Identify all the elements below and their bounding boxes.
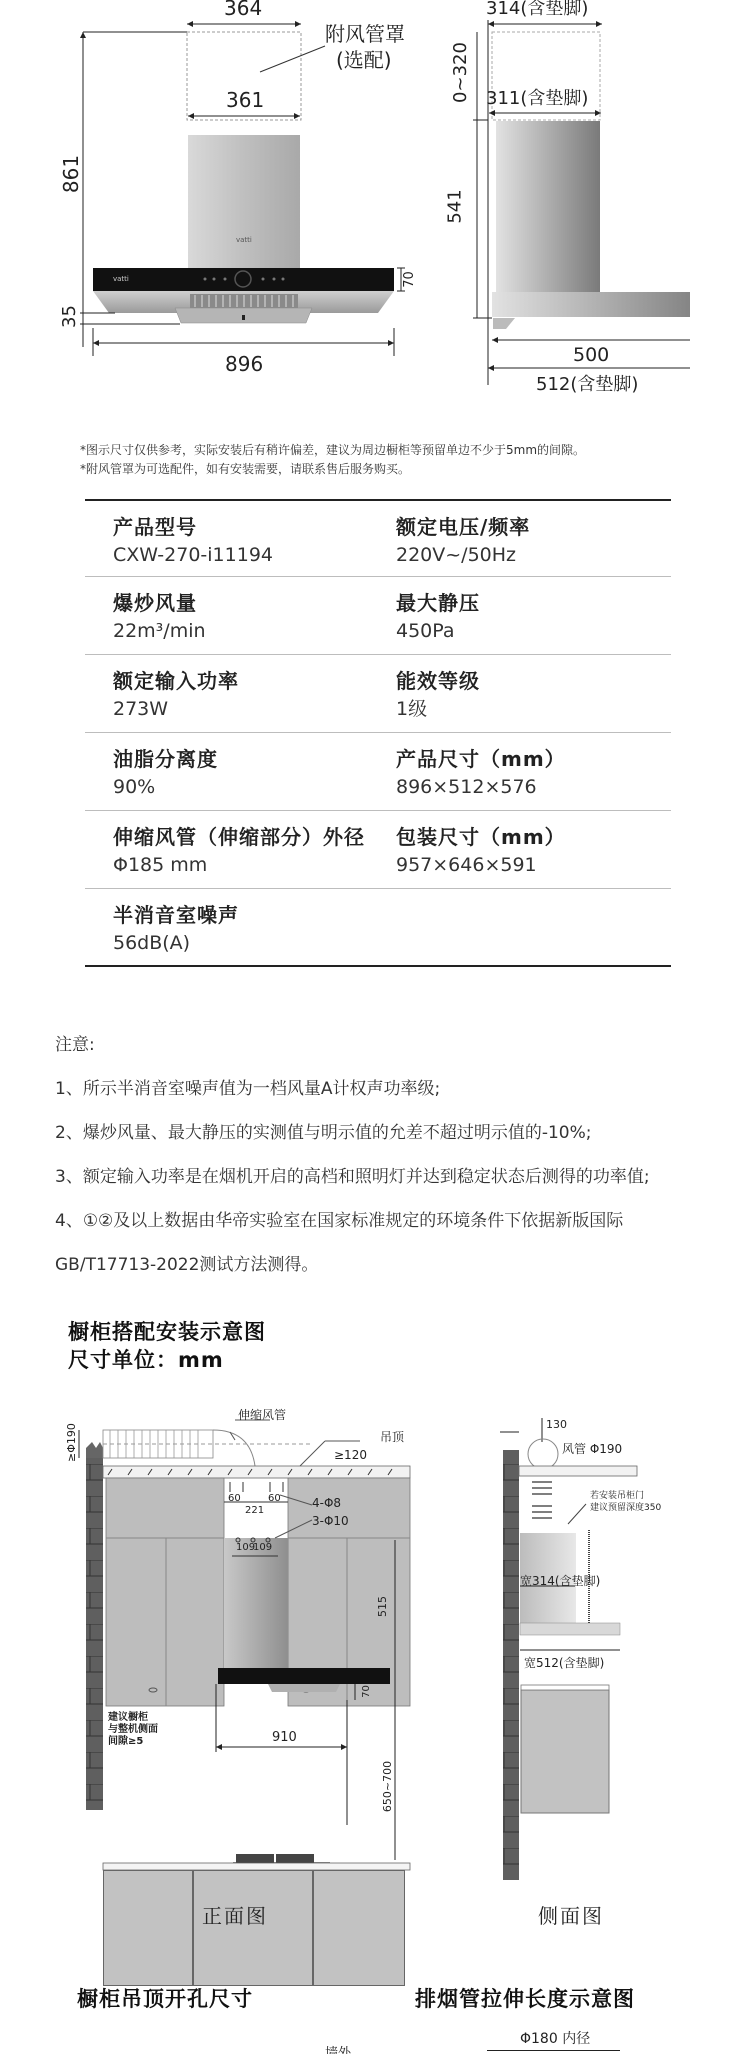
hole-span-label: 221 — [245, 1505, 264, 1516]
brand-logo-chimney: vatti — [236, 236, 252, 244]
spec-value: 90% — [113, 773, 388, 801]
side-chimney-width-label: 311(含垫脚) — [486, 84, 588, 110]
hole-spacing-a: 60 — [228, 1493, 241, 1504]
spec-cell: 包装尺寸（mm） 957×646×591 — [388, 811, 671, 888]
spec-cell: 额定输入功率 273W — [85, 655, 388, 732]
unit-label: 尺寸单位：mm — [68, 1346, 266, 1374]
duct-label: 风管 Φ190 — [562, 1440, 622, 1457]
side-top-width-label: 314(含垫脚) — [486, 0, 588, 20]
panel-gap-label: 70 — [361, 1685, 372, 1698]
side-install-lines — [480, 1400, 670, 1885]
install-section-title: 橱柜搭配安装示意图 — [68, 1318, 266, 1346]
spec-row: 爆炒风量 22m³/min 最大静压 450Pa — [85, 577, 671, 655]
body-height-label: 541 — [445, 189, 466, 223]
wall-offset-label: 130 — [546, 1418, 567, 1431]
spec-cell: 产品型号 CXW-270-i11194 — [85, 501, 388, 576]
spec-value: 1级 — [396, 695, 671, 723]
width-314-label: 宽314(含垫脚) — [520, 1572, 600, 1589]
inner-diameter-label: Φ180 内径 — [520, 2028, 590, 2048]
cabinet-width-label: 910 — [272, 1730, 297, 1745]
spec-label: 油脂分离度 — [113, 745, 388, 773]
spec-value: 220V~/50Hz — [396, 541, 671, 569]
holes-10-label: 3-Φ10 — [312, 1514, 349, 1528]
duct-cover-label-line1: 附风管罩 — [325, 18, 405, 47]
bottom-offset-label: 35 — [59, 305, 80, 328]
spec-cell: 最大静压 450Pa — [388, 577, 671, 654]
spec-cell: 爆炒风量 22m³/min — [85, 577, 388, 654]
front-install-diagram: ≥Φ190 伸缩风管 吊顶 ≥120 60 60 221 4-Φ8 3-Φ10 … — [50, 1400, 430, 1880]
front-install-lines — [50, 1400, 430, 1880]
spec-value: 957×646×591 — [396, 851, 671, 879]
adjust-range-label: 0~320 — [450, 42, 471, 103]
spec-label: 额定电压/频率 — [396, 513, 671, 541]
side-dimension-diagram: 314(含垫脚) 0~320 311(含垫脚) 541 500 512(含垫脚) — [440, 0, 690, 400]
cabinet-height-label: 515 — [376, 1596, 389, 1617]
spec-cell: 油脂分离度 90% — [85, 733, 388, 810]
side-install-diagram: 130 风管 Φ190 若安装吊柜门 建议预留深度350 宽314(含垫脚) 宽… — [480, 1400, 670, 1885]
partial-wall-label: 墙外 — [325, 2042, 351, 2054]
width-512-label: 宽512(含垫脚) — [524, 1654, 604, 1671]
spec-cell: 产品尺寸（mm） 896×512×576 — [388, 733, 671, 810]
note-item: 4、①②及以上数据由华帝实验室在国家标准规定的环境条件下依据新版国际 — [55, 1206, 745, 1250]
spec-value: 896×512×576 — [396, 773, 671, 801]
ceiling-hole-title: 橱柜吊顶开孔尺寸 — [77, 1985, 253, 2013]
duct-cover-label-line2: (选配) — [336, 44, 392, 73]
duct-top-width-label: 364 — [224, 0, 262, 20]
spec-table: 产品型号 CXW-270-i11194 额定电压/频率 220V~/50Hz 爆… — [85, 499, 671, 967]
note-item: 3、额定输入功率是在烟机开启的高档和照明灯并达到稳定状态后测得的功率值; — [55, 1162, 745, 1206]
disclaimer-line: *附风管罩为可选配件，如有安装需要，请联系售后服务购买。 — [80, 460, 720, 479]
side-diagram-lines — [440, 0, 690, 400]
front-dimension-diagram: 364 附风管罩 (选配) 361 861 35 70 vatti vatti … — [0, 0, 420, 400]
hood-height-label: 650~700 — [381, 1761, 394, 1812]
panel-height-label: 70 — [402, 271, 417, 288]
disclaimer-block: *图示尺寸仅供参考，实际安装后有稍许偏差，建议为周边橱柜等预留单边不少于5mm的… — [80, 441, 720, 479]
side-view-caption: 侧面图 — [538, 1900, 604, 1929]
spec-cell: 半消音室噪声 56dB(A) — [85, 889, 388, 965]
total-width-label: 896 — [225, 352, 263, 376]
holes-8-label: 4-Φ8 — [312, 1496, 341, 1510]
spec-label: 包装尺寸（mm） — [396, 823, 671, 851]
spec-label: 伸缩风管（伸缩部分）外径 — [113, 823, 388, 851]
span-109b: 109 — [253, 1542, 272, 1553]
inner-diameter-dimension-line — [487, 2050, 620, 2051]
spec-row: 半消音室噪声 56dB(A) — [85, 889, 671, 967]
spec-row: 额定输入功率 273W 能效等级 1级 — [85, 655, 671, 733]
spec-label: 半消音室噪声 — [113, 901, 388, 929]
spec-label: 爆炒风量 — [113, 589, 388, 617]
chimney-width-label: 361 — [226, 88, 264, 112]
hole-spacing-b: 60 — [268, 1493, 281, 1504]
side-gap-note-line: 与整机侧面 — [108, 1724, 158, 1736]
notes-title: 注意: — [55, 1030, 745, 1074]
spec-value: Φ185 mm — [113, 851, 388, 879]
spec-row: 产品型号 CXW-270-i11194 额定电压/频率 220V~/50Hz — [85, 499, 671, 577]
spec-label: 能效等级 — [396, 667, 671, 695]
depth-with-feet-label: 512(含垫脚) — [536, 370, 638, 396]
lower-cabinet-right — [313, 1870, 405, 1986]
total-height-label: 861 — [59, 155, 83, 193]
door-note-line2: 建议预留深度350 — [590, 1500, 661, 1513]
side-gap-note-line: 建议橱柜 — [108, 1712, 158, 1724]
spec-label: 产品型号 — [113, 513, 388, 541]
side-gap-note-line: 间隙≥5 — [108, 1736, 158, 1748]
notes-block: 注意: 1、所示半消音室噪声值为一档风量A计权声功率级; 2、爆炒风量、最大静压… — [55, 1030, 745, 1294]
ceiling-label: 吊顶 — [380, 1428, 404, 1445]
install-section-heading: 橱柜搭配安装示意图 尺寸单位：mm — [68, 1318, 266, 1374]
lower-cabinet-left — [103, 1870, 193, 1986]
side-gap-note: 建议橱柜 与整机侧面 间隙≥5 — [108, 1712, 158, 1748]
front-view-caption: 正面图 — [202, 1900, 268, 1929]
spec-row: 油脂分离度 90% 产品尺寸（mm） 896×512×576 — [85, 733, 671, 811]
spec-label: 最大静压 — [396, 589, 671, 617]
spec-value: 273W — [113, 695, 388, 723]
brand-logo-panel: vatti — [113, 275, 129, 283]
flex-duct-label: 伸缩风管 — [238, 1406, 286, 1423]
depth-label: 500 — [573, 344, 609, 366]
spec-label: 额定输入功率 — [113, 667, 388, 695]
spec-row: 伸缩风管（伸缩部分）外径 Φ185 mm 包装尺寸（mm） 957×646×59… — [85, 811, 671, 889]
clearance-label: ≥120 — [334, 1448, 367, 1462]
spec-label: 产品尺寸（mm） — [396, 745, 671, 773]
note-item: 2、爆炒风量、最大静压的实测值与明示值的允差不超过明示值的-10%; — [55, 1118, 745, 1162]
spec-cell: 能效等级 1级 — [388, 655, 671, 732]
spec-value: 450Pa — [396, 617, 671, 645]
spec-cell: 额定电压/频率 220V~/50Hz — [388, 501, 671, 576]
duct-diameter-label: ≥Φ190 — [65, 1423, 78, 1462]
note-item: 1、所示半消音室噪声值为一档风量A计权声功率级; — [55, 1074, 745, 1118]
note-item: GB/T17713-2022测试方法测得。 — [55, 1250, 745, 1294]
disclaimer-line: *图示尺寸仅供参考，实际安装后有稍许偏差，建议为周边橱柜等预留单边不少于5mm的… — [80, 441, 720, 460]
spec-value: 22m³/min — [113, 617, 388, 645]
spec-value: 56dB(A) — [113, 929, 388, 957]
duct-stretch-title: 排烟管拉伸长度示意图 — [415, 1985, 635, 2013]
spec-value: CXW-270-i11194 — [113, 541, 388, 569]
spec-cell: 伸缩风管（伸缩部分）外径 Φ185 mm — [85, 811, 388, 888]
spec-cell-empty — [388, 889, 671, 965]
